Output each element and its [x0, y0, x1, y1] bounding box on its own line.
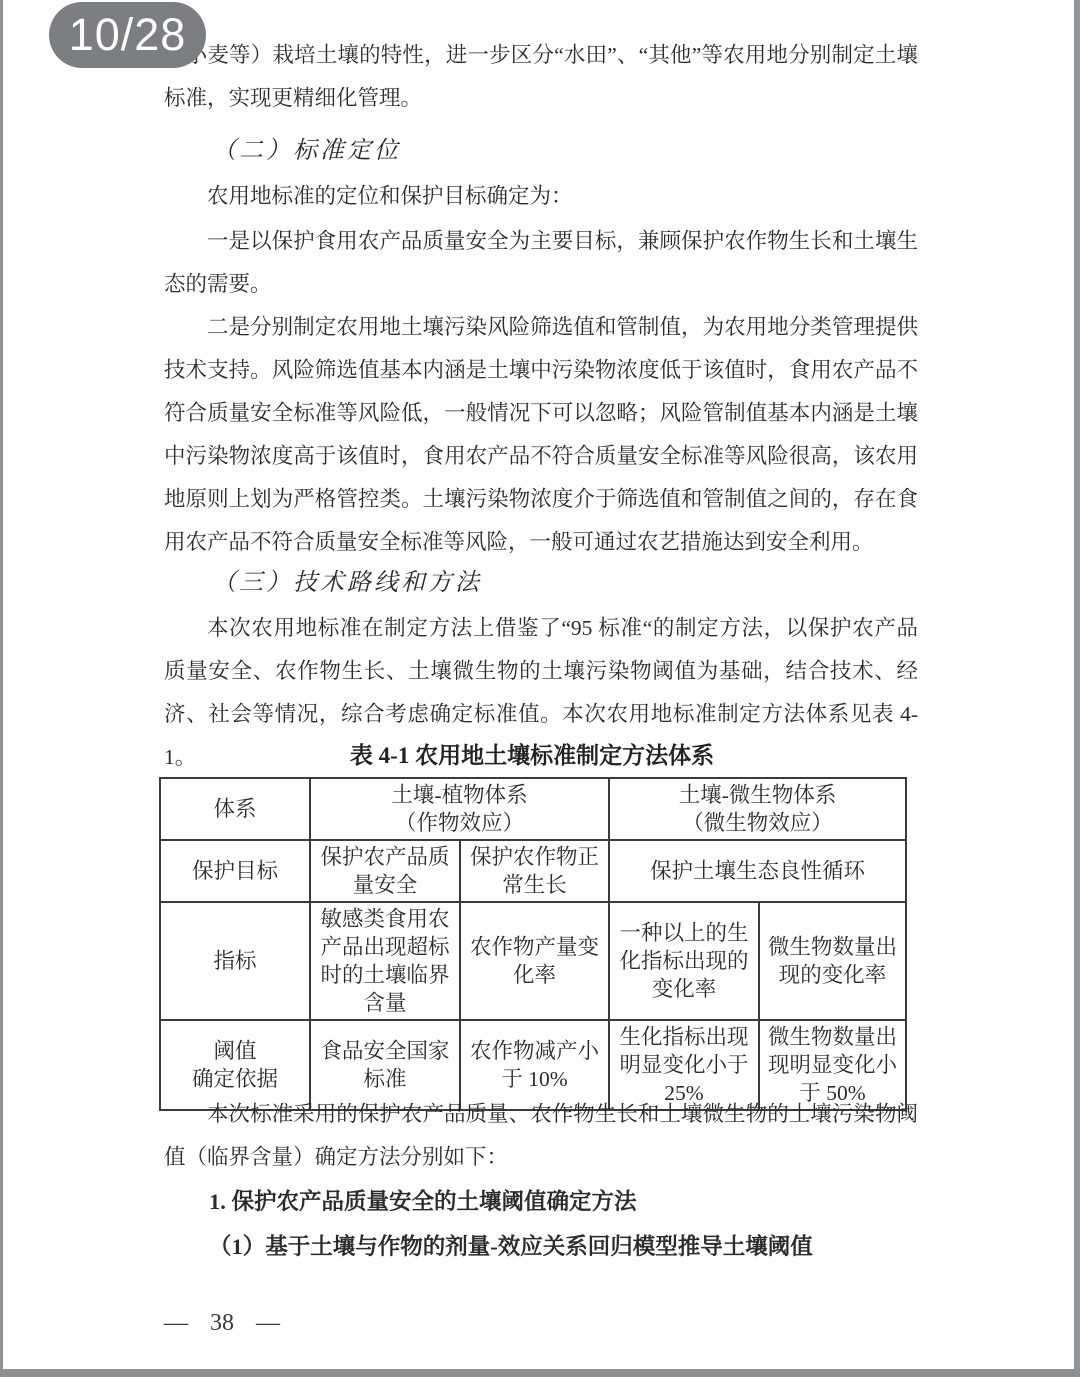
table-cell-protect-product-quality: 保护农产品质 量安全 — [310, 840, 460, 902]
section2-point2: 二是分别制定农用地土壤污染风险筛选值和管制值，为农用地分类管理提供技术支持。风险… — [164, 306, 918, 564]
table-cell-indicator-biochemical-change: 一种以上的生 化指标出现的 变化率 — [609, 902, 759, 1020]
section2-point1: 一是以保护食用农产品质量安全为主要目标，兼顾保护农作物生长和土壤生态的需要。 — [164, 220, 918, 306]
table-row: 保护目标 保护农产品质 量安全 保护农作物正 常生长 保护土壤生态良性循环 — [160, 840, 906, 902]
viewer-edge-right — [1074, 0, 1080, 1377]
table-cell-protect-crop-growth: 保护农作物正 常生长 — [460, 840, 609, 902]
page-indicator-badge: 10/28 — [49, 2, 206, 68]
sub-item1-heading: （1）基于土壤与作物的剂量-效应关系回归模型推导土壤阈值 — [164, 1225, 918, 1268]
table-row: 指标 敏感类食用农 产品出现超标 时的土壤临界 含量 农作物产量变 化率 一种以… — [160, 902, 906, 1020]
after-table-paragraph: 本次标准采用的保护农产品质量、农作物生长和土壤微生物的土壤污染物阈值（临界含量）… — [164, 1093, 918, 1179]
table-cell-indicator-critical-content: 敏感类食用农 产品出现超标 时的土壤临界 含量 — [310, 902, 460, 1020]
continued-paragraph: 和小麦等）栽培土壤的特性，进一步区分“水田”、“其他”等农用地分别制定土壤标准，… — [164, 34, 918, 120]
section-heading-3: （三）技术路线和方法 — [164, 562, 918, 605]
table-cell-system-label: 体系 — [160, 778, 310, 840]
table-cell-protect-soil-ecology: 保护土壤生态良性循环 — [609, 840, 906, 902]
section-heading-2: （二）标准定位 — [164, 130, 918, 173]
table-cell-soil-microbe-system: 土壤-微生物体系 （微生物效应） — [609, 778, 906, 840]
methodology-table: 体系 土壤-植物体系 （作物效应） 土壤-微生物体系 （微生物效应） 保护目标 … — [159, 777, 907, 1111]
table-row: 体系 土壤-植物体系 （作物效应） 土壤-微生物体系 （微生物效应） — [160, 778, 906, 840]
page-indicator-label: 10/28 — [69, 9, 187, 61]
section2-intro: 农用地标准的定位和保护目标确定为： — [164, 175, 918, 218]
viewer-edge-bottom — [0, 1369, 1080, 1377]
table-cell-soil-plant-system: 土壤-植物体系 （作物效应） — [310, 778, 609, 840]
table-caption: 表 4-1 农用地土壤标准制定方法体系 — [159, 742, 905, 770]
table-cell-protect-goal-label: 保护目标 — [160, 840, 310, 902]
viewer-edge-left — [0, 0, 3, 1377]
table-cell-indicator-label: 指标 — [160, 902, 310, 1020]
table-cell-indicator-yield-change: 农作物产量变 化率 — [460, 902, 609, 1020]
page-number-footer: — 38 — — [164, 1310, 564, 1337]
item1-heading: 1. 保护农产品质量安全的土壤阈值确定方法 — [164, 1180, 918, 1223]
table-cell-indicator-microbe-change: 微生物数量出 现的变化率 — [759, 902, 906, 1020]
